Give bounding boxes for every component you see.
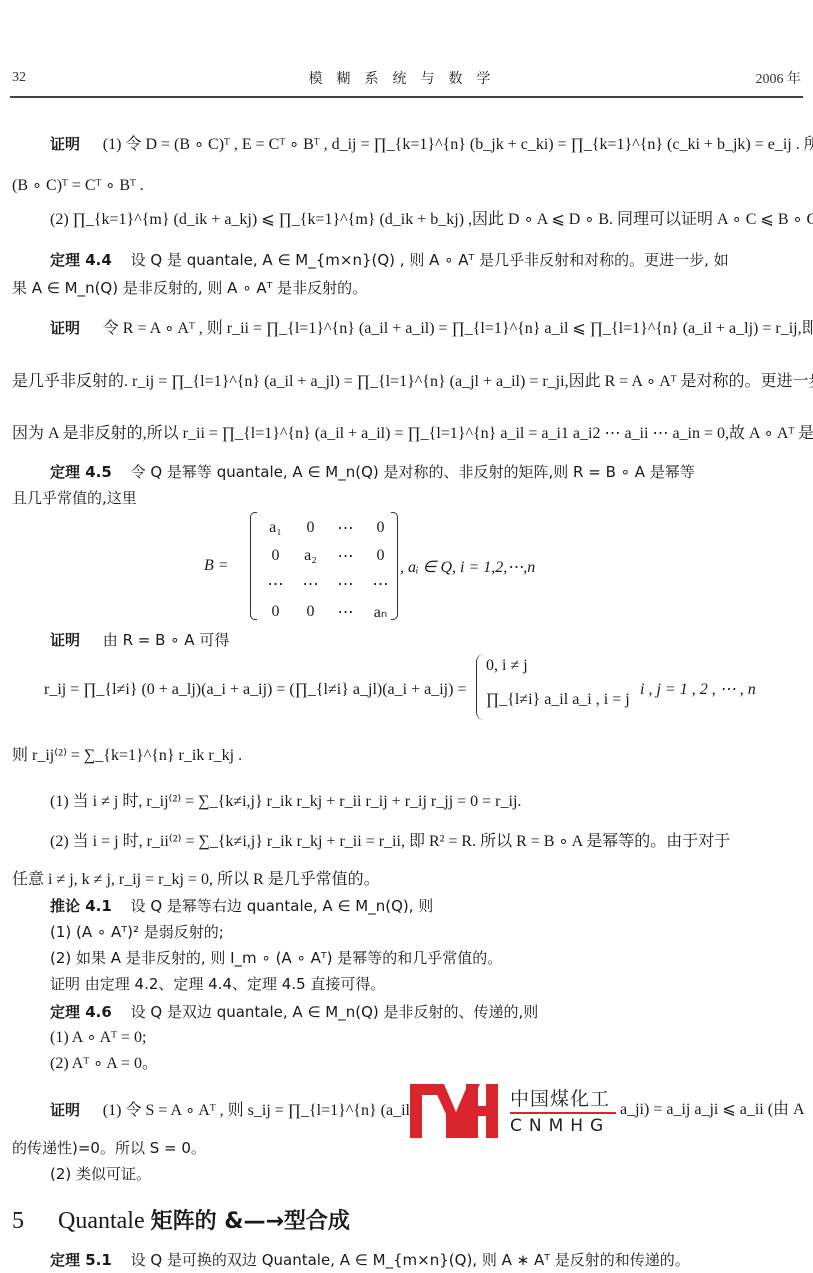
proof-4-6-line-2: 的传递性)=0。所以 S = 0。 [0, 1138, 813, 1158]
theorem-body: 设 Q 是可换的双边 Quantale, A ∈ M_{m×n}(Q), 则 A… [131, 1251, 690, 1269]
matrix-cell: 0 [293, 598, 328, 626]
proof-label: 证明 [0, 135, 80, 153]
journal-title: 模糊系统与数学 [0, 68, 813, 88]
header-rule [10, 96, 803, 98]
matrix-left-bracket [250, 512, 257, 620]
matrix-cell: ⋯ [328, 514, 363, 542]
proof-4-4-line-3: 因为 A 是非反射的,所以 r_ii = ∏_{l=1}^{n} (a_il +… [0, 424, 813, 444]
matrix-cell: a₁ [258, 514, 293, 542]
watermark-logo: 中国煤化工 CNMHG [410, 1082, 618, 1142]
watermark-zh: 中国煤化工 [510, 1084, 610, 1111]
matrix-row: 0 0 ⋯ aₙ [258, 598, 398, 626]
corollary-body: 设 Q 是幂等右边 quantale, A ∈ M_n(Q), 则 [131, 897, 434, 915]
theorem-label: 定理 4.4 [0, 251, 112, 269]
matrix-row: 0 a₂ ⋯ 0 [258, 542, 398, 570]
proof-body: (1) 令 D = (B ∘ C)ᵀ , E = Cᵀ ∘ Bᵀ , d_ij … [103, 136, 813, 153]
matrix-row: ⋯ ⋯ ⋯ ⋯ [258, 570, 398, 598]
theorem-body: 设 Q 是双边 quantale, A ∈ M_n(Q) 是非反射的、传递的,则 [131, 1003, 539, 1021]
theorem-label: 定理 4.5 [0, 463, 112, 481]
matrix-condition: , aᵢ ∈ Q, i = 1,2,⋯,n [400, 558, 535, 578]
proof-line-2: (B ∘ C)ᵀ = Cᵀ ∘ Bᵀ . [0, 176, 813, 196]
matrix-cell: ⋯ [328, 570, 363, 598]
proof-4-5-case-2: (2) 当 i = j 时, r_ii⁽²⁾ = ∑_{k≠i,j} r_ik … [0, 832, 813, 852]
section-title-zh: 矩阵的 &—→型合成 [151, 1209, 350, 1234]
theorem-body: 令 Q 是幂等 quantale, A ∈ M_n(Q) 是对称的、非反射的矩阵… [131, 463, 695, 481]
cases-brace [476, 654, 485, 720]
corollary-item-2: (2) 如果 A 是非反射的, 则 I_m ∘ (A ∘ Aᵀ) 是幂等的和几乎… [0, 948, 813, 968]
proof-4-6-line-1-end: a_ji) = a_ij a_ji ⩽ a_ii (由 A [620, 1100, 805, 1120]
theorem-4-4-cont: 果 A ∈ M_n(Q) 是非反射的, 则 A ∘ Aᵀ 是非反射的。 [0, 278, 813, 298]
matrix-cell: a₂ [293, 542, 328, 570]
matrix-cell: ⋯ [328, 542, 363, 570]
matrix-row: a₁ 0 ⋯ 0 [258, 514, 398, 542]
proof-4-5-case-1: (1) 当 i ≠ j 时, r_ij⁽²⁾ = ∑_{k≠i,j} r_ik … [0, 792, 813, 812]
theorem-4-5: 定理 4.5 令 Q 是幂等 quantale, A ∈ M_n(Q) 是对称的… [0, 462, 813, 482]
matrix-cell: ⋯ [293, 570, 328, 598]
theorem-4-6-item-2: (2) Aᵀ ∘ A = 0。 [0, 1054, 813, 1074]
case-1: 0, i ≠ j [486, 656, 528, 676]
proof-4-6-line-3: (2) 类似可证。 [0, 1164, 813, 1184]
theorem-label: 定理 4.6 [0, 1003, 112, 1021]
matrix-cell: 0 [293, 514, 328, 542]
proof-4-4-line-2: 是几乎非反射的. r_ij = ∏_{l=1}^{n} (a_il + a_jl… [0, 372, 813, 392]
proof-text: (1) 令 S = A ∘ Aᵀ , 则 s_ij = ∏_{l=1}^{n} … [103, 1102, 423, 1119]
matrix-lhs: B = [204, 556, 229, 576]
proof-line-1: 证明 (1) 令 D = (B ∘ C)ᵀ , E = Cᵀ ∘ Bᵀ , d_… [0, 134, 813, 155]
theorem-body: 设 Q 是 quantale, A ∈ M_{m×n}(Q) , 则 A ∘ A… [131, 251, 729, 269]
proof-4-4-line-1: 证明 令 R = A ∘ Aᵀ , 则 r_ii = ∏_{l=1}^{n} (… [0, 318, 813, 339]
matrix-cell: ⋯ [328, 598, 363, 626]
corollary-proof: 证明 由定理 4.2、定理 4.4、定理 4.5 直接可得。 [0, 974, 813, 994]
proof-text: 由 R = B ∘ A 可得 [103, 631, 230, 649]
theorem-label: 定理 5.1 [0, 1251, 112, 1269]
section-title-latin: Quantale [58, 1208, 145, 1234]
proof-4-5-case-3: 任意 i ≠ j, k ≠ j, r_ij = r_kj = 0, 所以 R 是… [0, 870, 813, 890]
matrix-cell: 0 [258, 598, 293, 626]
theorem-5-1: 定理 5.1 设 Q 是可换的双边 Quantale, A ∈ M_{m×n}(… [0, 1250, 813, 1270]
running-header: 32 模糊系统与数学 2006 年 [0, 68, 813, 94]
watermark-en: CNMHG [510, 1116, 610, 1136]
theorem-4-5-cont: 且几乎常值的,这里 [0, 488, 813, 508]
index-range: i , j = 1 , 2 , ⋯ , n [640, 680, 756, 700]
section-number: 5 [12, 1208, 24, 1234]
matrix-table: a₁ 0 ⋯ 0 0 a₂ ⋯ 0 ⋯ ⋯ ⋯ ⋯ 0 0 ⋯ aₙ [258, 514, 398, 626]
corollary-label: 推论 4.1 [0, 897, 112, 915]
corollary-item-1: (1) (A ∘ Aᵀ)² 是弱反射的; [0, 922, 813, 942]
proof-label: 证明 [0, 319, 80, 337]
proof-4-5-line-1: 证明 由 R = B ∘ A 可得 [0, 630, 813, 650]
matrix-b: a₁ 0 ⋯ 0 0 a₂ ⋯ 0 ⋯ ⋯ ⋯ ⋯ 0 0 ⋯ aₙ [250, 512, 398, 620]
matrix-cell: ⋯ [258, 570, 293, 598]
theorem-4-6-item-1: (1) A ∘ Aᵀ = 0; [0, 1028, 813, 1048]
watermark-divider [510, 1112, 616, 1114]
proof-label: 证明 [0, 1101, 80, 1119]
theorem-4-6: 定理 4.6 设 Q 是双边 quantale, A ∈ M_n(Q) 是非反射… [0, 1002, 813, 1022]
section-heading: 5 Quantale 矩阵的 &—→型合成 [12, 1204, 350, 1235]
proof-line-3: (2) ∏_{k=1}^{m} (d_ik + a_kj) ⩽ ∏_{k=1}^… [0, 210, 813, 230]
year: 2006 年 [756, 68, 802, 88]
cnmhg-logo-icon [410, 1082, 498, 1140]
theorem-4-4: 定理 4.4 设 Q 是 quantale, A ∈ M_{m×n}(Q) , … [0, 250, 813, 270]
proof-label: 证明 [0, 631, 80, 649]
corollary-4-1: 推论 4.1 设 Q 是幂等右边 quantale, A ∈ M_n(Q), 则 [0, 896, 813, 916]
case-2: ∏_{l≠i} a_il a_i , i = j [486, 690, 630, 710]
proof-4-5-square: 则 r_ij⁽²⁾ = ∑_{k=1}^{n} r_ik r_kj . [0, 746, 813, 766]
proof-text: 令 R = A ∘ Aᵀ , 则 r_ii = ∏_{l=1}^{n} (a_i… [103, 320, 813, 337]
matrix-cell: 0 [258, 542, 293, 570]
matrix-right-bracket [391, 512, 398, 620]
